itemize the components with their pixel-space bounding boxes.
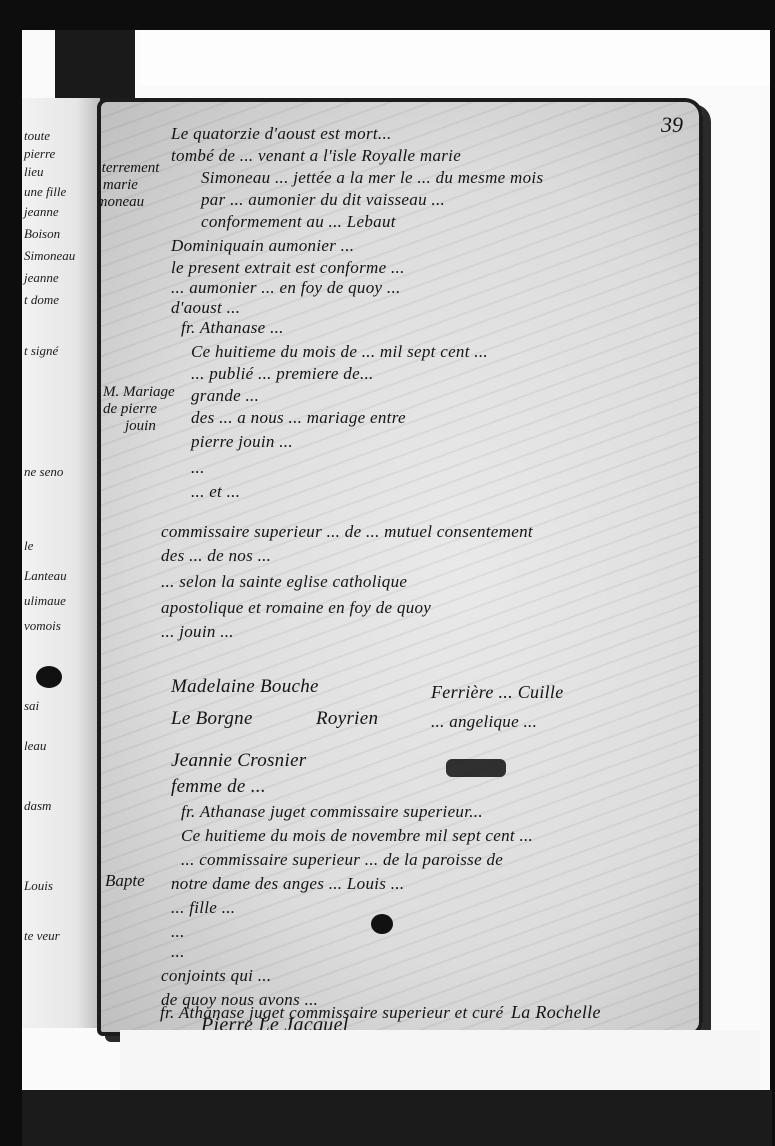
text-line: Ce huitieme du mois de novembre mil sept… <box>181 826 533 846</box>
text-line: apostolique et romaine en foy de quoy <box>161 598 431 618</box>
text-line: Le quatorzie d'aoust est mort... <box>171 124 392 144</box>
top-margin <box>140 30 770 85</box>
left-fragment: sai <box>24 698 39 714</box>
text-line: tombé de ... venant a l'isle Royalle mar… <box>171 146 461 166</box>
left-fragment: ne seno <box>24 464 63 480</box>
left-fragment: te veur <box>24 928 60 944</box>
signature: fr. Athanase juget commissaire superieur… <box>181 802 483 822</box>
signature: ... angelique ... <box>431 712 537 732</box>
text-line: ... aumonier ... en foy de quoy ... <box>171 278 401 298</box>
signature: fr. Athanase juget commissaire superieur… <box>160 1003 504 1023</box>
text-line: notre dame des anges ... Louis ... <box>171 874 404 894</box>
left-fragment: Simoneau <box>24 248 75 264</box>
ink-blot <box>36 666 62 688</box>
text-line: d'aoust ... <box>171 298 240 318</box>
margin-note-burial: Enterrement de marie Simoneau <box>97 160 159 211</box>
text-line: Ce huitieme du mois de ... mil sept cent… <box>191 342 488 362</box>
left-fragment: jeanne <box>24 270 59 286</box>
text-line: par ... aumonier du dit vaisseau ... <box>201 190 445 210</box>
bottom-margin <box>120 1030 760 1090</box>
margin-line: de marie <box>97 177 159 194</box>
signature: Madelaine Bouche <box>171 676 319 698</box>
left-fragment: vomois <box>24 618 61 634</box>
left-fragment: Lanteau <box>24 568 67 584</box>
folio-number: 39 <box>661 112 683 138</box>
left-fragment: dasm <box>24 798 51 814</box>
left-fragment: leau <box>24 738 46 754</box>
signature: Jeannie Crosnier <box>171 750 307 772</box>
left-fragment: lieu <box>24 164 44 180</box>
text-line: des ... de nos ... <box>161 546 271 566</box>
signature: fr. Athanase ... <box>181 318 284 338</box>
margin-line: de pierre <box>103 401 175 418</box>
text-line: ... <box>191 458 205 478</box>
text-line: ... <box>171 922 185 942</box>
ink-blot <box>371 914 393 934</box>
signature: Ferrière ... Cuille <box>431 682 564 703</box>
text-line: grande ... <box>191 386 259 406</box>
signature: Royrien <box>316 708 378 730</box>
left-fragment: t signé <box>24 343 58 359</box>
text-line: ... fille ... <box>171 898 235 918</box>
left-fragment: toute <box>24 128 50 144</box>
margin-line: jouin <box>103 418 175 435</box>
ink-blot <box>446 759 506 777</box>
margin-line: Bapte <box>105 872 145 889</box>
left-fragment: Louis <box>24 878 53 894</box>
text-line: ... jouin ... <box>161 622 234 642</box>
margin-note-baptism: Bapte <box>105 872 145 889</box>
text-line: des ... a nous ... mariage entre <box>191 408 406 428</box>
left-fragment: ulimaue <box>24 593 66 609</box>
text-line: Simoneau ... jettée a la mer le ... du m… <box>201 168 543 188</box>
left-fragment: pierre <box>24 146 55 162</box>
text-line: le present extrait est conforme ... <box>171 258 405 278</box>
left-page-fragment: toute pierre lieu une fille jeanne Boiso… <box>22 98 103 1028</box>
left-fragment: Boison <box>24 226 60 242</box>
text-line: pierre jouin ... <box>191 432 293 452</box>
text-line: ... et ... <box>191 482 240 502</box>
left-fragment: jeanne <box>24 204 59 220</box>
signature: femme de ... <box>171 776 266 798</box>
text-line: ... publié ... premiere de... <box>191 364 374 384</box>
signature: La Rochelle <box>511 1002 601 1023</box>
text-line: ... selon la sainte eglise catholique <box>161 572 407 592</box>
left-fragment: une fille <box>24 184 66 200</box>
text-line: Dominiquain aumonier ... <box>171 236 354 256</box>
scan-bottom-edge <box>22 1090 772 1146</box>
margin-line: Enterrement <box>97 160 159 177</box>
left-fragment: t dome <box>24 292 59 308</box>
binding-shadow <box>55 30 135 100</box>
margin-note-marriage: M. Mariage de pierre jouin <box>103 384 175 435</box>
margin-line: Simoneau <box>97 194 159 211</box>
manuscript-page: 39 Enterrement de marie Simoneau Le quat… <box>97 98 703 1036</box>
text-line: conformement au ... Lebaut <box>201 212 396 232</box>
margin-line: M. Mariage <box>103 384 175 401</box>
text-line: commissaire superieur ... de ... mutuel … <box>161 522 533 542</box>
text-line: ... <box>171 942 185 962</box>
left-fragment: le <box>24 538 33 554</box>
text-line: ... commissaire superieur ... de la paro… <box>181 850 503 870</box>
signature: Le Borgne <box>171 708 253 730</box>
text-line: conjoints qui ... <box>161 966 271 986</box>
